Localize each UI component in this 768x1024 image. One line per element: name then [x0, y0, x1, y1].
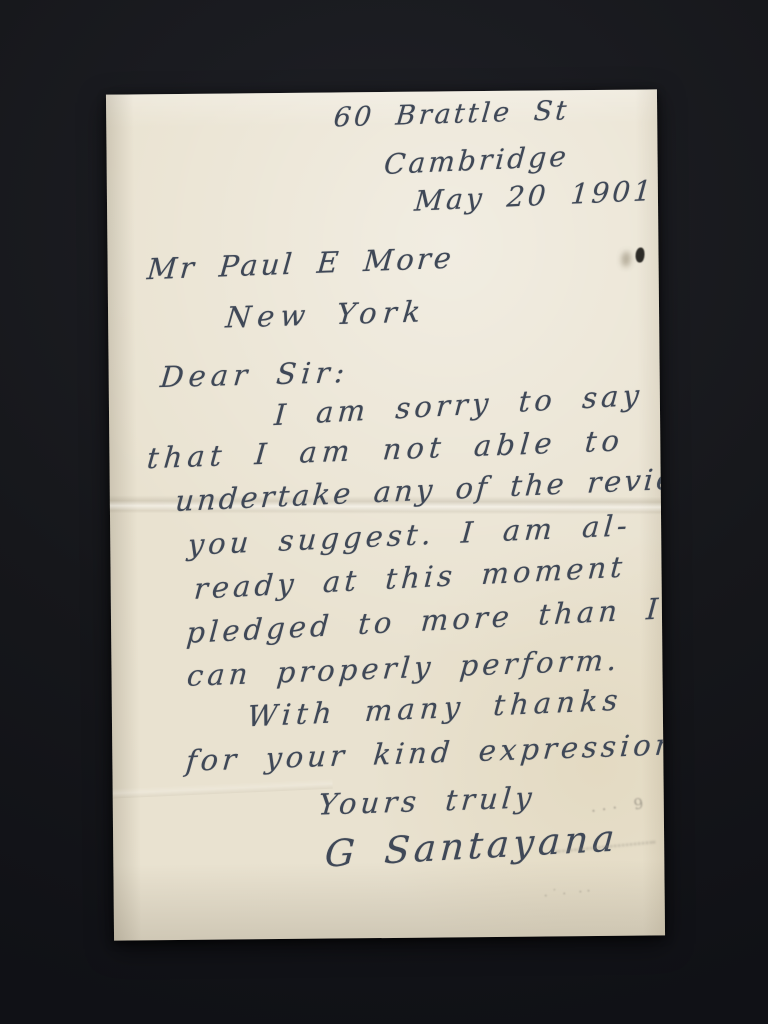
letter-signature: G Santayana: [323, 817, 619, 876]
pencil-smudge: ·˙· ··: [543, 883, 596, 904]
letter-line-recipient-name: Mr Paul E More: [146, 241, 456, 287]
paper-edge-speck: [635, 248, 644, 263]
pencil-smudge: ··· 9: [590, 794, 651, 821]
letter-line-valediction: Yours truly: [317, 780, 537, 821]
letter-paper: 60 Brattle St Cambridge May 20 1901 Mr P…: [106, 89, 665, 940]
letter-line-address-city: Cambridge: [383, 140, 571, 181]
letter-line-address-street: 60 Brattle St: [332, 95, 570, 133]
letter-line-recipient-city: New York: [224, 294, 428, 334]
letter-line-salutation: Dear Sir:: [159, 355, 351, 394]
letter-line-date: May 20 1901: [413, 174, 655, 218]
letter-line-closing-2: for your kind expressions: [185, 727, 666, 778]
letter-line-closing-1: With many thanks: [246, 683, 624, 734]
minor-crease: [113, 779, 334, 799]
photo-backdrop: 60 Brattle St Cambridge May 20 1901 Mr P…: [0, 0, 768, 1024]
